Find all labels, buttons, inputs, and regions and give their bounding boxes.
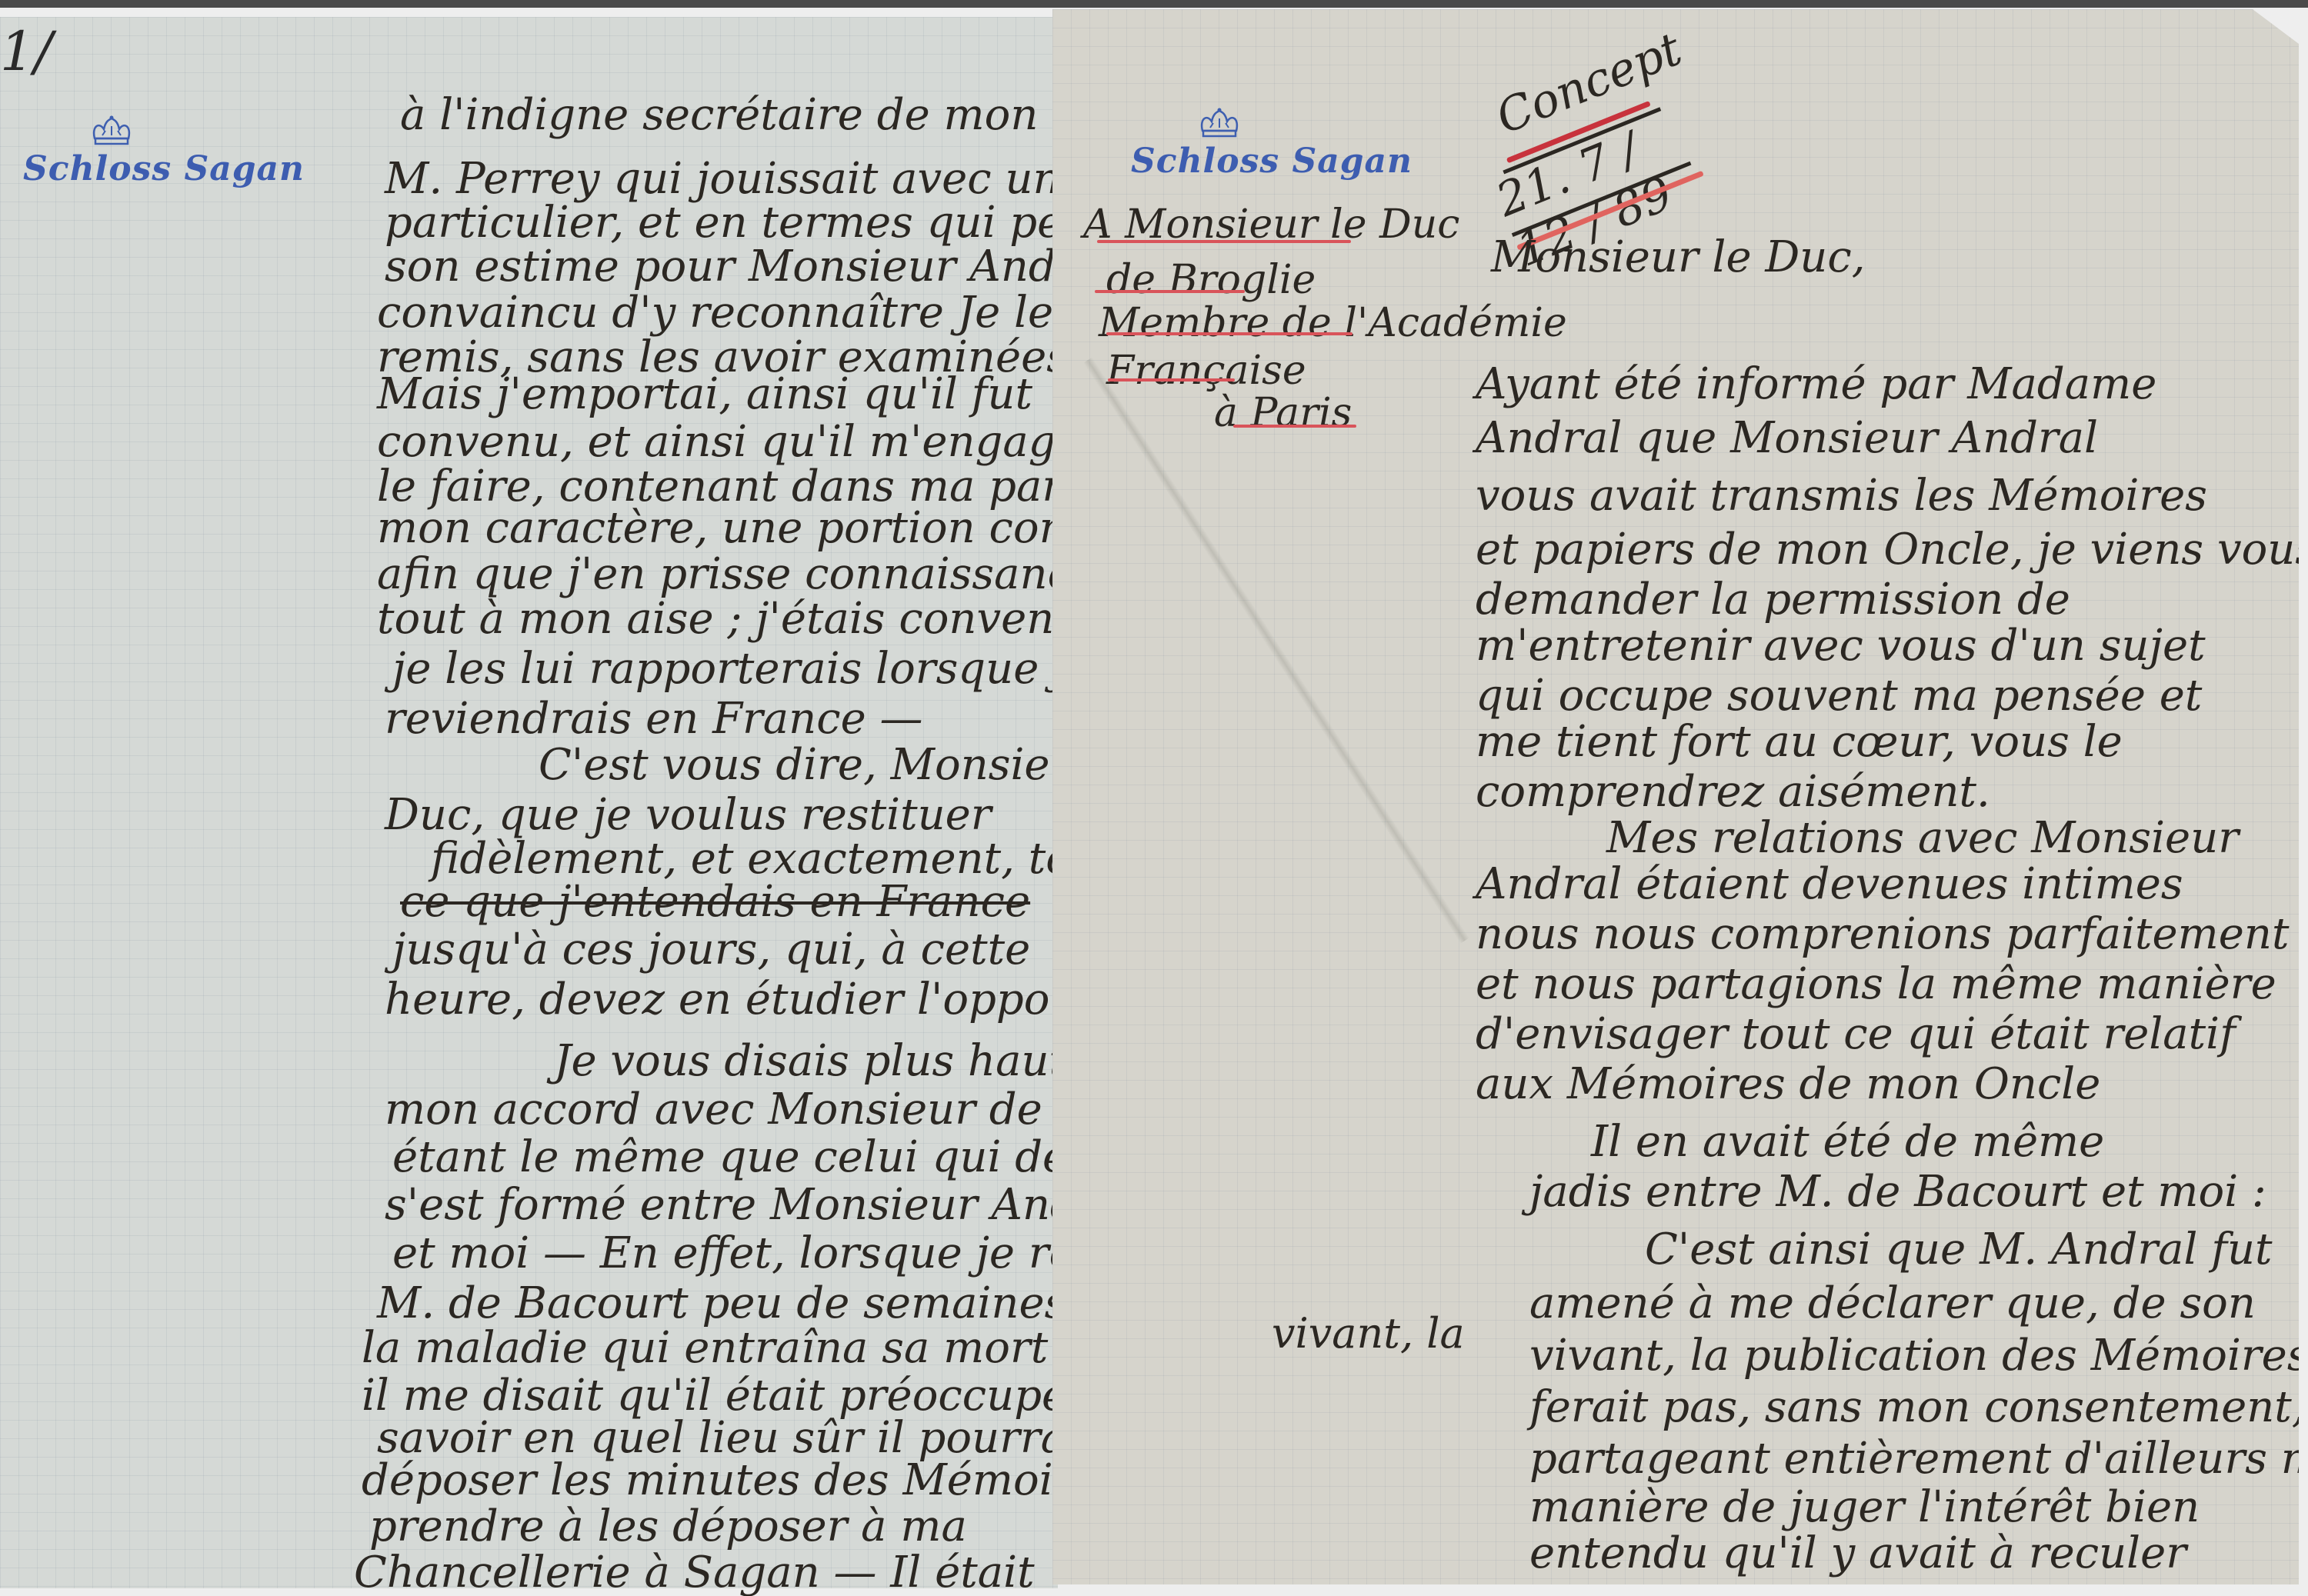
red-underline — [1233, 425, 1356, 428]
text-line: vivant, la publication des Mémoires ne s… — [1529, 1331, 2308, 1381]
text-line: et moi — En effet, lorsque je revis — [392, 1228, 1135, 1278]
text-line: C'est ainsi que M. Andral fut — [1645, 1224, 2273, 1274]
letterhead: Schloss Sagan — [23, 115, 200, 188]
text-line: entendu qu'il y avait à reculer — [1529, 1528, 2186, 1578]
text-line: comprendrez aisément. — [1476, 767, 1990, 817]
letterhead-name: Schloss Sagan — [1131, 142, 1308, 181]
text-line-struck: ce que j'entendais en France — [400, 877, 1030, 927]
text-line: reviendrais en France — — [385, 694, 923, 744]
text-line: afin que j'en prisse connaissance — [377, 549, 1097, 599]
red-underline — [1097, 240, 1351, 243]
text-line: C'est vous dire, Monsieur — [539, 740, 1098, 790]
text-line: s'est formé entre Monsieur Andral — [385, 1180, 1138, 1230]
text-line: amené à me déclarer que, de son — [1529, 1278, 2256, 1328]
address-line: Française — [1106, 348, 1306, 394]
text-line: jusqu'à ces jours, qui, à cette — [392, 925, 1030, 975]
letterhead: Schloss Sagan — [1131, 108, 1308, 181]
text-line: prendre à les déposer à ma — [369, 1501, 967, 1551]
scanner-edge — [0, 0, 2308, 8]
text-line: Andral que Monsieur Andral — [1476, 413, 2098, 463]
manuscript-page-right: Schloss Sagan Concept 21. 7 / 12 / 89 A … — [1052, 9, 2299, 1584]
text-line: tout à mon aise ; j'étais convenu — [377, 594, 1082, 644]
crown-icon — [88, 115, 135, 149]
text-line: M. Perrey qui jouissait avec un art — [385, 154, 1138, 204]
text-line: et nous partagions la même manière — [1476, 959, 2276, 1009]
text-line: convenu, et ainsi qu'il m'engagea à — [377, 417, 1146, 467]
page-number-mark: 1/ — [0, 25, 52, 78]
text-line: Duc, que je voulus restituer — [385, 790, 992, 840]
margin-note: vivant, la — [1272, 1309, 1465, 1358]
text-line: Mais j'emportai, ainsi qu'il fut — [377, 369, 1032, 419]
text-line: étant le même que celui qui depuis — [392, 1132, 1159, 1182]
text-line: et papiers de mon Oncle, je viens vous — [1476, 525, 2308, 575]
text-line: Andral étaient devenues intimes — [1476, 859, 2183, 909]
salutation: Monsieur le Duc, — [1491, 232, 1866, 282]
address-line: de Broglie — [1106, 257, 1316, 303]
text-line: Chancellerie à Sagan — Il était — [354, 1548, 1035, 1596]
address-line: à Paris — [1214, 390, 1352, 436]
text-line: vous avait transmis les Mémoires — [1476, 471, 2207, 521]
text-line: me tient fort au cœur, vous le — [1476, 717, 2123, 767]
text-line: aux Mémoires de mon Oncle — [1476, 1059, 2100, 1109]
letterhead-name: Schloss Sagan — [23, 149, 200, 188]
address-line: Membre de l'Académie — [1099, 300, 1567, 346]
text-line: convaincu d'y reconnaître Je les lui — [377, 288, 1145, 338]
text-line: manière de juger l'intérêt bien — [1529, 1482, 2200, 1532]
text-line: m'entretenir avec vous d'un sujet — [1476, 621, 2206, 671]
red-underline — [1106, 332, 1352, 335]
crown-icon — [1196, 108, 1242, 142]
text-line: jadis entre M. de Bacourt et moi : — [1529, 1167, 2266, 1217]
text-line: Mes relations avec Monsieur — [1606, 813, 2239, 863]
text-line: demander la permission de — [1476, 575, 2070, 625]
text-line: nous nous comprenions parfaitement — [1476, 909, 2290, 959]
text-line: partageant entièrement d'ailleurs ma — [1529, 1434, 2308, 1484]
text-line: je les lui rapporterais lorsque je — [392, 644, 1092, 694]
red-underline — [1095, 290, 1245, 293]
paper-fold-crease — [1083, 357, 1469, 943]
text-line: qui occupe souvent ma pensée et — [1476, 671, 2202, 721]
text-line: d'envisager tout ce qui était relatif — [1476, 1009, 2236, 1059]
red-underline — [1108, 378, 1235, 382]
text-line: Il en avait été de même — [1591, 1117, 2104, 1167]
text-line: Ayant été informé par Madame — [1476, 359, 2156, 409]
text-line: ferait pas, sans mon consentement, — [1529, 1382, 2306, 1432]
concept-date-annotation: Concept 21. 7 / 12 / 89 — [1457, 25, 1709, 264]
text-line: déposer les minutes des Mémoires — [362, 1455, 1121, 1505]
manuscript-page-left: 1/ Schloss Sagan à l'indigne secrétaire … — [0, 17, 1058, 1588]
